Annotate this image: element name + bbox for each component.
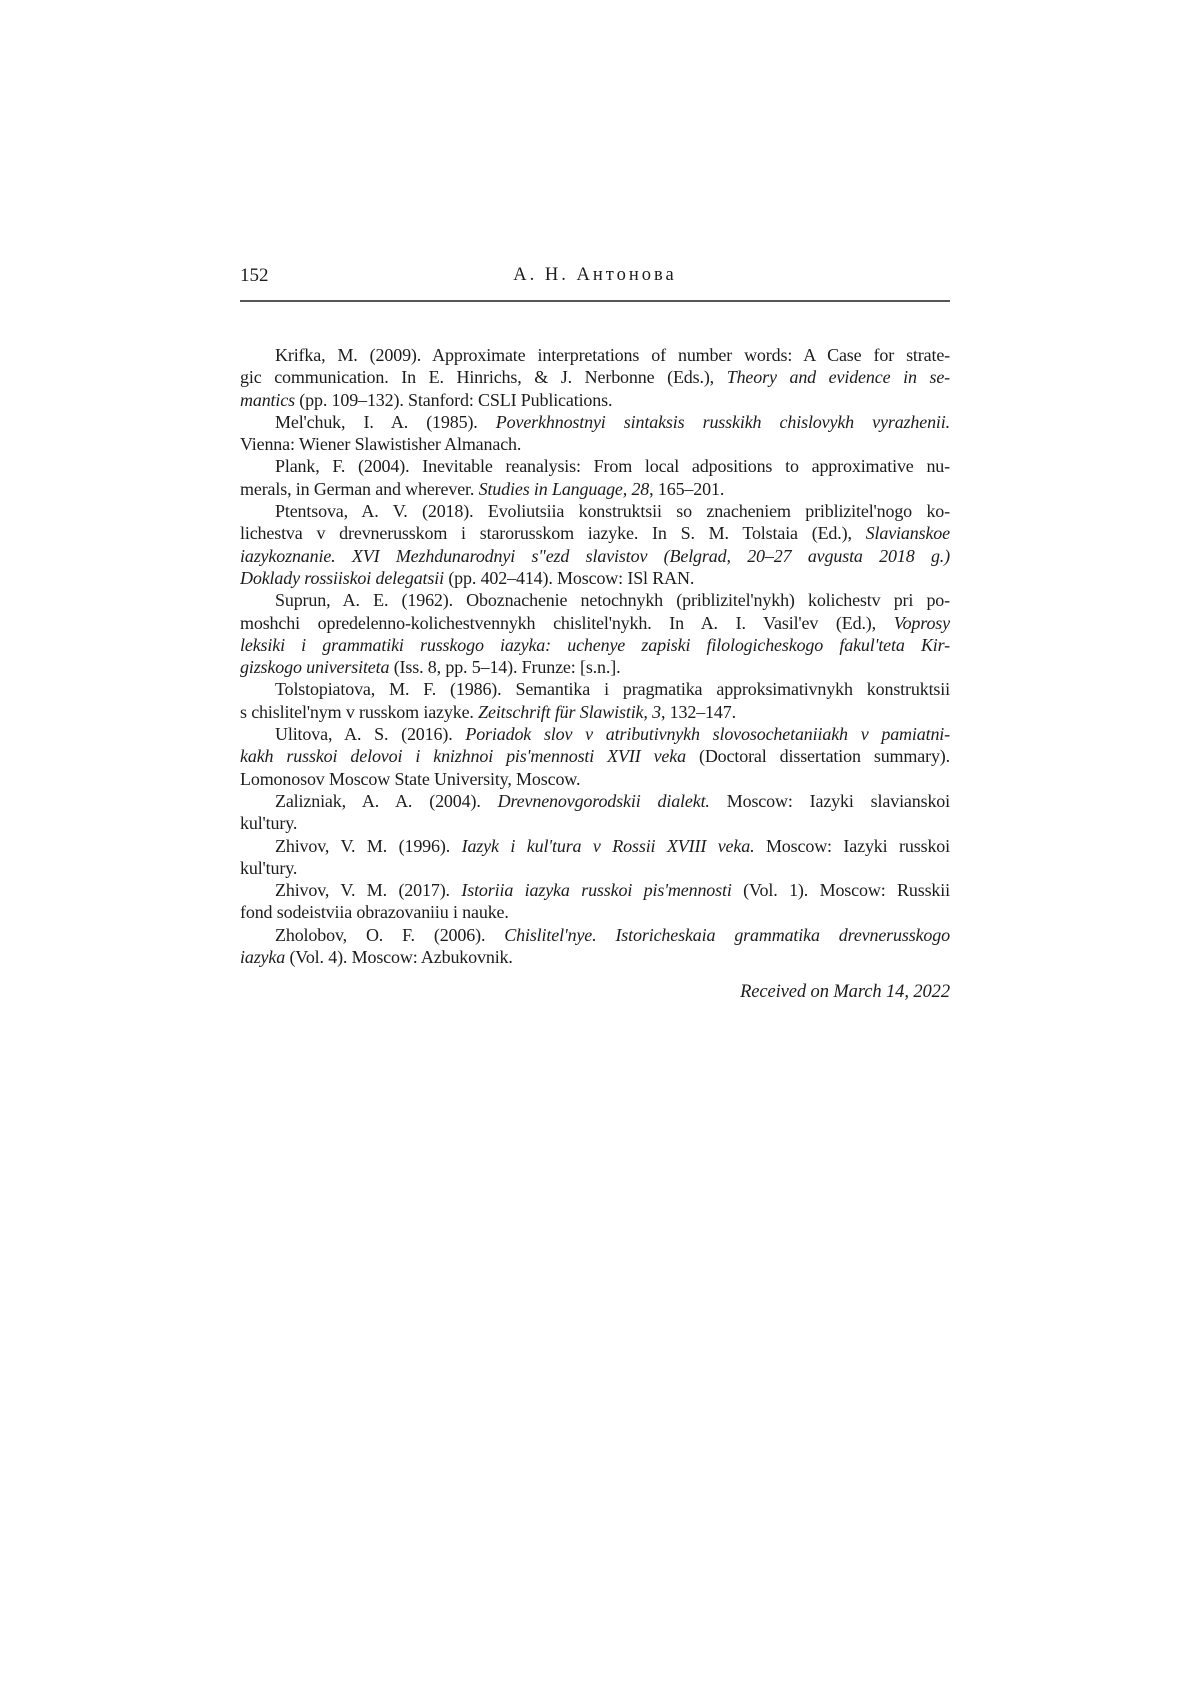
reference-line: mantics (pp. 109–132). Stanford: CSLI Pu… — [240, 389, 950, 411]
reference-line: iazykoznanie. XVI Mezhdunarodnyi s"ezd s… — [240, 545, 950, 567]
reference-text-segment: Moscow: Iazyki slavianskoi — [710, 791, 950, 811]
reference-entry: Zhivov, V. M. (2017). Istoriia iazyka ru… — [240, 879, 950, 924]
reference-text-segment: mantics — [240, 390, 295, 410]
reference-entry: Mel'chuk, I. A. (1985). Poverkhnostnyi s… — [240, 411, 950, 456]
reference-line: Zholobov, O. F. (2006). Chislitel'nye. I… — [240, 924, 950, 946]
reference-line: moshchi opredelenno-kolichestvennykh chi… — [240, 612, 950, 634]
references-list: Krifka, M. (2009). Approximate interpret… — [240, 344, 950, 968]
reference-text-segment: kul'tury. — [240, 858, 297, 878]
reference-line: Krifka, M. (2009). Approximate interpret… — [240, 344, 950, 366]
reference-text-segment: Istoriia iazyka russkoi pis'mennosti — [461, 880, 731, 900]
running-head-author: А. Н. Антонова — [240, 265, 950, 286]
reference-text-segment: kakh russkoi delovoi i knizhnoi pis'menn… — [240, 746, 686, 766]
reference-text-segment: Zalizniak, A. A. (2004). — [275, 791, 498, 811]
reference-text-segment: Doklady rossiiskoi delegatsii — [240, 568, 444, 588]
reference-entry: Plank, F. (2004). Inevitable reanalysis:… — [240, 455, 950, 500]
reference-line: s chislitel'nym v russkom iazyke. Zeitsc… — [240, 701, 950, 723]
reference-text-segment: (Vol. 1). Moscow: Russkii — [732, 880, 950, 900]
reference-text-segment: (pp. 402–414). Moscow: ISl RAN. — [444, 568, 694, 588]
reference-line: kul'tury. — [240, 812, 950, 834]
reference-text-segment: Zeitschrift für Slawistik, 3 — [478, 702, 661, 722]
reference-text-segment: Iazyk i kul'tura v Rossii XVIII veka. — [462, 836, 755, 856]
reference-line: gizskogo universiteta (Iss. 8, pp. 5–14)… — [240, 656, 950, 678]
reference-text-segment: Zholobov, O. F. (2006). — [275, 925, 504, 945]
page-number: 152 — [240, 265, 269, 287]
reference-text-segment: Drevnenovgorodskii dialekt. — [498, 791, 710, 811]
reference-text-segment: Lomonosov Moscow State University, Mosco… — [240, 769, 580, 789]
reference-text-segment: gic communication. In E. Hinrichs, & J. … — [240, 367, 727, 387]
reference-entry: Zalizniak, A. A. (2004). Drevnenovgorods… — [240, 790, 950, 835]
reference-text-segment: moshchi opredelenno-kolichestvennykh chi… — [240, 613, 894, 633]
reference-text-segment: lichestva v drevnerusskom i starorusskom… — [240, 523, 866, 543]
reference-text-segment: Mel'chuk, I. A. (1985). — [275, 412, 496, 432]
page-content: 152 А. Н. Антонова Krifka, M. (2009). Ap… — [240, 265, 950, 1003]
reference-line: Mel'chuk, I. A. (1985). Poverkhnostnyi s… — [240, 411, 950, 433]
reference-text-segment: Theory and evidence in se- — [727, 367, 950, 387]
reference-text-segment: fond sodeistviia obrazovaniiu i nauke. — [240, 902, 509, 922]
reference-text-segment: Ulitova, A. S. (2016). — [275, 724, 465, 744]
reference-text-segment: s chislitel'nym v russkom iazyke. — [240, 702, 478, 722]
reference-entry: Ptentsova, A. V. (2018). Evoliutsiia kon… — [240, 500, 950, 589]
reference-text-segment: Vienna: Wiener Slawistisher Almanach. — [240, 434, 521, 454]
reference-text-segment: , 165–201. — [649, 479, 724, 499]
reference-text-segment: Zhivov, V. M. (2017). — [275, 880, 461, 900]
reference-line: lichestva v drevnerusskom i starorusskom… — [240, 522, 950, 544]
reference-text-segment: Slavianskoe — [866, 523, 950, 543]
reference-text-segment: (Iss. 8, pp. 5–14). Frunze: [s.n.]. — [389, 657, 620, 677]
reference-text-segment: (Vol. 4). Moscow: Azbukovnik. — [285, 947, 513, 967]
reference-line: Lomonosov Moscow State University, Mosco… — [240, 768, 950, 790]
reference-entry: Krifka, M. (2009). Approximate interpret… — [240, 344, 950, 411]
reference-line: Plank, F. (2004). Inevitable reanalysis:… — [240, 455, 950, 477]
reference-entry: Zhivov, V. M. (1996). Iazyk i kul'tura v… — [240, 835, 950, 880]
reference-entry: Suprun, A. E. (1962). Oboznachenie netoc… — [240, 589, 950, 678]
reference-line: kul'tury. — [240, 857, 950, 879]
reference-text-segment: Ptentsova, A. V. (2018). Evoliutsiia kon… — [275, 501, 950, 521]
reference-text-segment: Poriadok slov v atributivnykh slovosoche… — [465, 724, 950, 744]
reference-text-segment: (Doctoral dissertation summary). — [686, 746, 950, 766]
reference-text-segment: Zhivov, V. M. (1996). — [275, 836, 462, 856]
reference-text-segment: Tolstopiatova, M. F. (1986). Semantika i… — [275, 679, 950, 699]
reference-text-segment: Chislitel'nye. Istoricheskaia grammatika… — [504, 925, 950, 945]
reference-entry: Zholobov, O. F. (2006). Chislitel'nye. I… — [240, 924, 950, 969]
reference-line: Zhivov, V. M. (1996). Iazyk i kul'tura v… — [240, 835, 950, 857]
reference-text-segment: Studies in Language, 28 — [479, 479, 650, 499]
reference-line: leksiki i grammatiki russkogo iazyka: uc… — [240, 634, 950, 656]
reference-text-segment: Suprun, A. E. (1962). Oboznachenie netoc… — [275, 590, 950, 610]
reference-line: merals, in German and wherever. Studies … — [240, 478, 950, 500]
reference-line: Zhivov, V. M. (2017). Istoriia iazyka ru… — [240, 879, 950, 901]
reference-text-segment: Plank, F. (2004). Inevitable reanalysis:… — [275, 456, 950, 476]
reference-line: Tolstopiatova, M. F. (1986). Semantika i… — [240, 678, 950, 700]
reference-line: iazyka (Vol. 4). Moscow: Azbukovnik. — [240, 946, 950, 968]
reference-line: kakh russkoi delovoi i knizhnoi pis'menn… — [240, 745, 950, 767]
reference-text-segment: (pp. 109–132). Stanford: CSLI Publicatio… — [295, 390, 612, 410]
reference-text-segment: merals, in German and wherever. — [240, 479, 479, 499]
reference-text-segment: iazyka — [240, 947, 285, 967]
reference-line: Ptentsova, A. V. (2018). Evoliutsiia kon… — [240, 500, 950, 522]
received-date-note: Received on March 14, 2022 — [240, 982, 950, 1003]
journal-page: 152 А. Н. Антонова Krifka, M. (2009). Ap… — [0, 0, 1200, 1698]
reference-text-segment: Moscow: Iazyki russkoi — [754, 836, 950, 856]
reference-text-segment: gizskogo universiteta — [240, 657, 389, 677]
reference-text-segment: Poverkhnostnyi sintaksis russkikh chislo… — [496, 412, 950, 432]
reference-line: Zalizniak, A. A. (2004). Drevnenovgorods… — [240, 790, 950, 812]
reference-entry: Tolstopiatova, M. F. (1986). Semantika i… — [240, 678, 950, 723]
header-rule — [240, 300, 950, 302]
reference-line: Ulitova, A. S. (2016). Poriadok slov v a… — [240, 723, 950, 745]
running-header: 152 А. Н. Антонова — [240, 265, 950, 291]
reference-text-segment: kul'tury. — [240, 813, 297, 833]
reference-text-segment: iazykoznanie. XVI Mezhdunarodnyi s"ezd s… — [240, 546, 950, 566]
reference-line: Suprun, A. E. (1962). Oboznachenie netoc… — [240, 589, 950, 611]
reference-line: fond sodeistviia obrazovaniiu i nauke. — [240, 901, 950, 923]
reference-text-segment: Voprosy — [894, 613, 950, 633]
reference-text-segment: Krifka, M. (2009). Approximate interpret… — [275, 345, 950, 365]
reference-text-segment: , 132–147. — [661, 702, 736, 722]
reference-entry: Ulitova, A. S. (2016). Poriadok slov v a… — [240, 723, 950, 790]
reference-line: Doklady rossiiskoi delegatsii (pp. 402–4… — [240, 567, 950, 589]
reference-text-segment: leksiki i grammatiki russkogo iazyka: uc… — [240, 635, 950, 655]
reference-line: Vienna: Wiener Slawistisher Almanach. — [240, 433, 950, 455]
reference-line: gic communication. In E. Hinrichs, & J. … — [240, 366, 950, 388]
